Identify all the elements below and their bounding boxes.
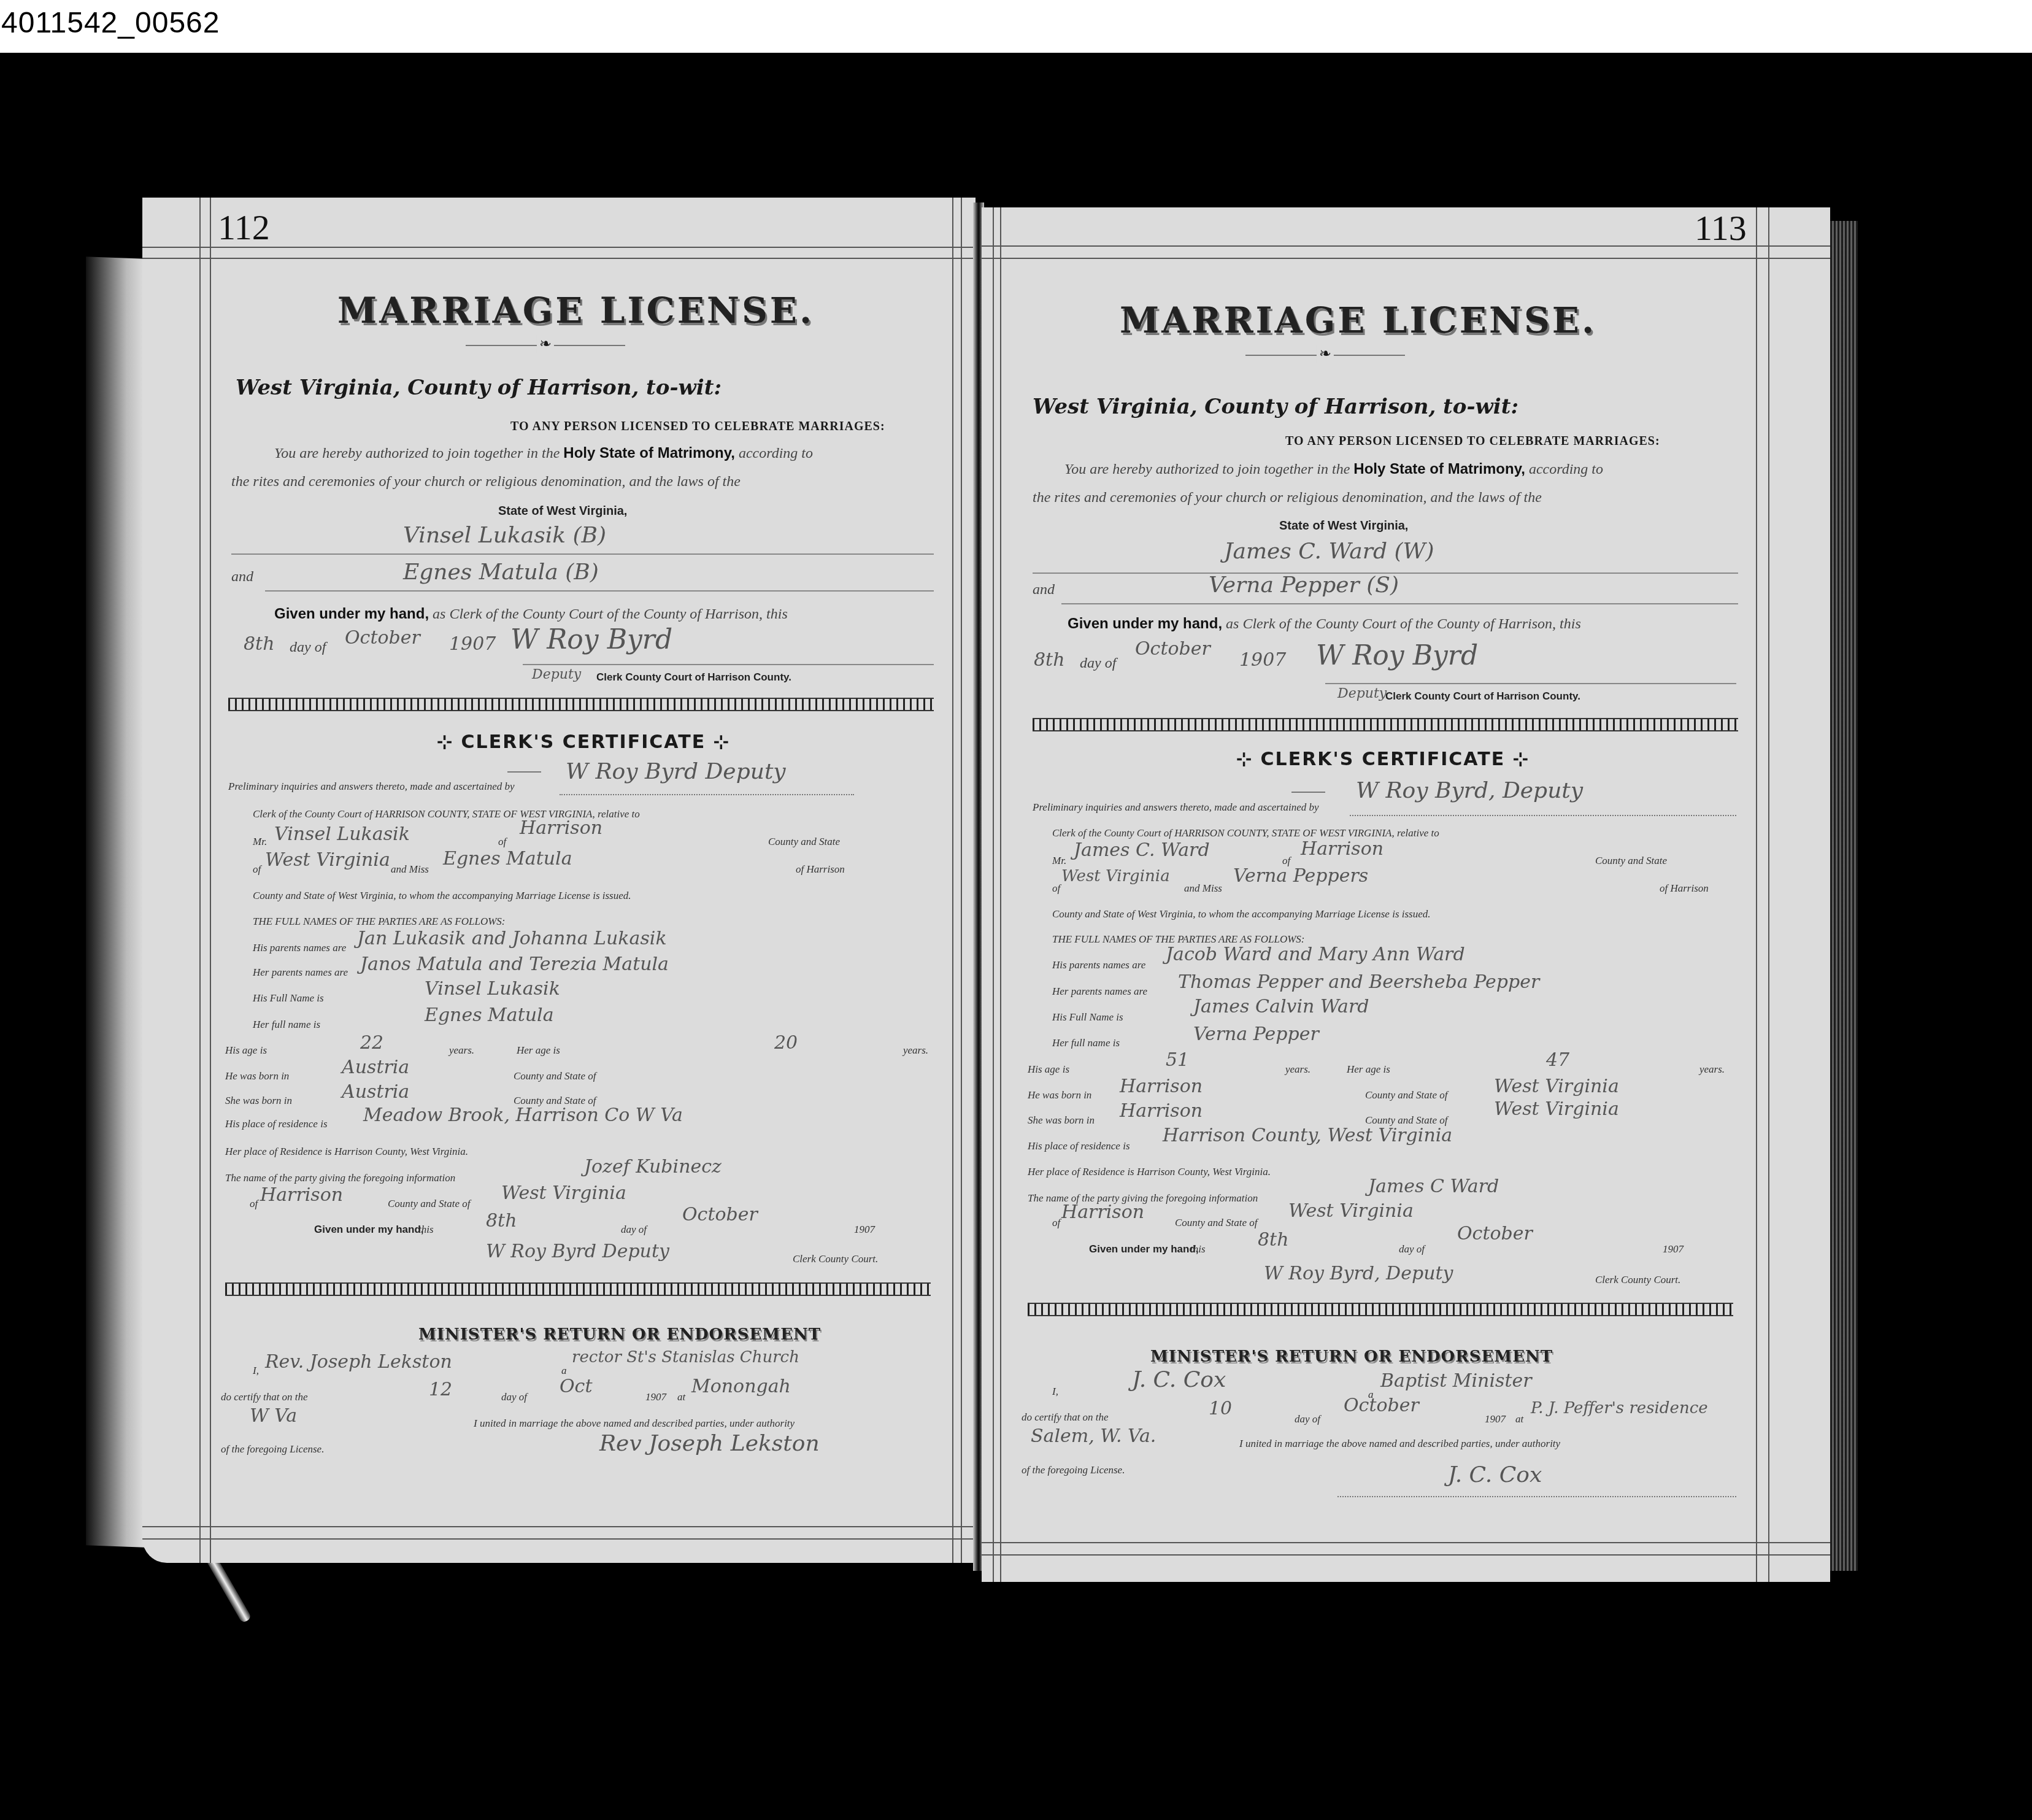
years-label: years.: [449, 1044, 474, 1057]
his-parents: Jan Lukasik and Johanna Lukasik: [357, 928, 667, 949]
her-parents-label: Her parents names are: [1052, 985, 1147, 998]
her-full-label: Her full name is: [253, 1019, 320, 1031]
header-rule: [982, 258, 1830, 259]
license-body-line2: the rites and ceremonies of your church …: [1033, 490, 1542, 506]
footer-rule: [142, 1526, 976, 1527]
page-number: 112: [218, 207, 270, 248]
certificate-title-text: CLERK'S CERTIFICATE: [1261, 749, 1506, 770]
his-residence-label: His place of residence is: [225, 1118, 328, 1130]
body-text: according to: [739, 445, 813, 461]
informant-county: Harrison: [1061, 1201, 1144, 1223]
his-full-label: His Full Name is: [1052, 1011, 1123, 1024]
and-label: and: [1033, 582, 1055, 598]
addressee: TO ANY PERSON LICENSED TO CELEBRATE MARR…: [510, 420, 885, 434]
cert-signature: W Roy Byrd Deputy: [486, 1241, 669, 1262]
jurisdiction-heading: West Virginia, County of Harrison, to-wi…: [1033, 395, 1518, 419]
fleur-divider: [228, 698, 934, 711]
certificate-title: ⊹ CLERK'S CERTIFICATE ⊹: [437, 731, 730, 753]
cert-year: 1907: [1663, 1243, 1684, 1255]
body-text: according to: [1529, 461, 1603, 477]
county-state-of-label: County and State of: [514, 1070, 596, 1082]
ornament-divider: ❧: [1245, 355, 1405, 356]
her-full-label: Her full name is: [1052, 1037, 1120, 1049]
years-label: years.: [903, 1044, 928, 1057]
minister-place: Monongah: [691, 1376, 791, 1397]
minister-month: Oct: [560, 1376, 592, 1397]
image-header: 4011542_00562: [0, 0, 2032, 53]
signature-line: [523, 664, 934, 665]
county-state-label: County and State: [1595, 855, 1667, 867]
body-bold-text: Holy State of Matrimony,: [1353, 461, 1525, 477]
years-label: years.: [1699, 1063, 1725, 1076]
her-age-label: Her age is: [1347, 1063, 1390, 1076]
mr-state: West Virginia: [265, 849, 390, 871]
fleur-divider: [1028, 1303, 1733, 1316]
given-bold: Given under my hand,: [1068, 615, 1222, 632]
clerk-signature: W Roy Byrd: [1316, 640, 1478, 671]
ornament-icon: ❧: [1317, 345, 1334, 363]
license-month: October: [345, 627, 420, 649]
he-born-label: He was born in: [225, 1070, 289, 1082]
body-bold-text: Holy State of Matrimony,: [563, 445, 735, 461]
book-page-edges-left: [86, 256, 144, 1547]
bride-name: Egnes Matula (B): [403, 560, 599, 585]
given-text: as Clerk of the County Court of the Coun…: [1226, 616, 1581, 632]
county-state-of-label: County and State of: [1365, 1089, 1448, 1101]
deputy-label: Deputy: [1337, 686, 1387, 701]
certificate-title: ⊹ CLERK'S CERTIFICATE ⊹: [1236, 749, 1530, 770]
his-full-name: James Calvin Ward: [1193, 996, 1369, 1017]
at-label: at: [1515, 1413, 1523, 1425]
cert-day: 8th: [486, 1210, 517, 1232]
bride-line: [265, 590, 934, 592]
mr-name: James C. Ward: [1074, 839, 1210, 861]
minister-signature: J. C. Cox: [1448, 1462, 1542, 1487]
dotted-line: [1337, 1496, 1736, 1497]
day-of-label: day of: [621, 1224, 647, 1236]
margin-rule: [1768, 207, 1769, 1582]
she-born-label: She was born in: [1028, 1114, 1095, 1127]
at-label: at: [677, 1391, 685, 1403]
footer-rule: [982, 1542, 1830, 1543]
page-number: 113: [1695, 207, 1747, 249]
clerk-title: Clerk County Court.: [793, 1253, 878, 1265]
her-parents: Janos Matula and Terezia Matula: [360, 954, 669, 975]
years-label: years.: [1285, 1063, 1310, 1076]
and-miss-label: and Miss: [391, 863, 429, 876]
book-page-edges-right: [1830, 221, 1858, 1571]
minister-day: 12: [429, 1379, 452, 1400]
minister-day: 10: [1209, 1398, 1232, 1419]
mr-name: Vinsel Lukasik: [274, 823, 410, 845]
clerk-title: Clerk County Court of Harrison County.: [596, 671, 791, 684]
foregoing-label: of the foregoing License.: [1022, 1464, 1125, 1476]
license-body-line1: You are hereby authorized to join togeth…: [1064, 461, 1603, 478]
minister-role: rector St's Stanislas Church: [572, 1348, 799, 1367]
signature-line: [1325, 683, 1736, 684]
license-title: MARRIAGE LICENSE.: [1120, 299, 1596, 341]
body-text: You are hereby authorized to join togeth…: [1064, 461, 1350, 477]
day-of-label: day of: [1399, 1243, 1425, 1255]
deputy-label: Deputy: [532, 667, 581, 682]
footer-rule: [982, 1554, 1830, 1556]
left-page: 112 MARRIAGE LICENSE. ❧ West Virginia, C…: [142, 198, 976, 1563]
his-parents: Jacob Ward and Mary Ann Ward: [1166, 944, 1465, 965]
his-age-label: His age is: [225, 1044, 267, 1057]
county-state-line: County and State of West Virginia, to wh…: [1052, 908, 1431, 920]
clerk-signature: W Roy Byrd: [510, 624, 672, 655]
given-bold: Given under my hand,: [314, 1224, 424, 1236]
informant-county: Harrison: [260, 1184, 343, 1206]
her-parents: Thomas Pepper and Beersheba Pepper: [1178, 971, 1539, 993]
her-residence: Her place of Residence is Harrison Count…: [1028, 1166, 1271, 1178]
informant-of-label: of: [250, 1198, 258, 1210]
miss-name: Egnes Matula: [443, 848, 572, 870]
license-month: October: [1135, 638, 1210, 660]
license-body-line1: You are hereby authorized to join togeth…: [274, 445, 813, 462]
he-born-state: West Virginia: [1494, 1076, 1619, 1097]
he-born-label: He was born in: [1028, 1089, 1091, 1101]
and-label: and: [231, 569, 253, 585]
margin-rule: [952, 198, 953, 1563]
she-born: Harrison: [1120, 1100, 1203, 1122]
day-of-label: day of: [1295, 1413, 1320, 1425]
cert-signature: W Roy Byrd, Deputy: [1264, 1263, 1453, 1284]
his-residence: Meadow Brook, Harrison Co W Va: [363, 1105, 683, 1126]
given-this: this: [418, 1224, 434, 1236]
cert-month: October: [1457, 1223, 1533, 1244]
clerk-title: Clerk County Court of Harrison County.: [1385, 690, 1580, 703]
of-label: of: [498, 836, 506, 848]
prelim-by: W Roy Byrd, Deputy: [1356, 778, 1583, 803]
prelim-label: Preliminary inquiries and answers theret…: [228, 781, 515, 793]
mr-state: West Virginia: [1061, 867, 1170, 885]
his-full-name: Vinsel Lukasik: [425, 978, 560, 1000]
certify-label: do certify that on the: [1022, 1411, 1109, 1424]
groom-line: [231, 553, 934, 555]
united-text: I united in marriage the above named and…: [1239, 1438, 1560, 1450]
mr-county: Harrison: [1301, 838, 1384, 860]
given-text: as Clerk of the County Court of the Coun…: [433, 606, 788, 622]
dotted-line: [1350, 815, 1736, 816]
minister-name: J. C. Cox: [1132, 1367, 1226, 1392]
license-title: MARRIAGE LICENSE.: [337, 290, 814, 331]
right-page: 113 MARRIAGE LICENSE. ❧ West Virginia, C…: [982, 207, 1830, 1582]
license-body-line2: the rites and ceremonies of your church …: [231, 474, 741, 490]
his-age: 51: [1166, 1049, 1189, 1071]
state-line: State of West Virginia,: [498, 504, 627, 519]
cert-month: October: [682, 1204, 758, 1225]
license-year: 1907: [1239, 649, 1286, 671]
i-label: I,: [253, 1365, 259, 1377]
informant-state-label: County and State of: [1175, 1217, 1258, 1229]
informant-name: Jozef Kubinecz: [584, 1156, 722, 1178]
ornament-divider: ❧: [466, 345, 625, 346]
county-state-label: County and State: [768, 836, 840, 848]
license-day: 8th: [244, 633, 274, 655]
margin-rule: [961, 198, 962, 1563]
minister-title: MINISTER'S RETURN OR ENDORSEMENT: [1150, 1348, 1553, 1366]
a-label: a: [561, 1365, 567, 1377]
foregoing-label: of the foregoing License.: [221, 1443, 324, 1456]
of2-label: of: [1052, 882, 1060, 895]
cert-year: 1907: [854, 1224, 875, 1236]
minister-role: Baptist Minister: [1380, 1370, 1532, 1392]
minister-place: P. J. Peffer's residence: [1531, 1399, 1708, 1417]
his-age: 22: [360, 1032, 383, 1054]
body-text: You are hereby authorized to join togeth…: [274, 445, 560, 461]
informant-state: West Virginia: [1288, 1200, 1414, 1222]
minister-year: 1907: [1485, 1413, 1506, 1425]
his-full-label: His Full Name is: [253, 992, 324, 1004]
her-age-label: Her age is: [517, 1044, 560, 1057]
fleur-divider: [1033, 718, 1738, 731]
her-age: 20: [774, 1032, 798, 1054]
header-rule: [142, 258, 976, 259]
of-harrison-label: of Harrison: [796, 863, 845, 876]
minister-title: MINISTER'S RETURN OR ENDORSEMENT: [418, 1325, 821, 1344]
her-parents-label: Her parents names are: [253, 966, 348, 979]
addressee: TO ANY PERSON LICENSED TO CELEBRATE MARR…: [1285, 434, 1660, 449]
given-bold: Given under my hand,: [274, 606, 429, 622]
her-full-name: Egnes Matula: [425, 1004, 554, 1026]
mr-label: Mr.: [1052, 855, 1066, 867]
fleur-divider: [225, 1282, 931, 1296]
prelim-label: Preliminary inquiries and answers theret…: [1033, 801, 1319, 814]
prelim-by: W Roy Byrd Deputy: [566, 759, 786, 784]
footer-rule: [142, 1538, 976, 1540]
his-parents-label: His parents names are: [253, 942, 346, 954]
cert-day: 8th: [1258, 1229, 1288, 1251]
informant-of-label: of: [1052, 1217, 1060, 1229]
her-full-name: Verna Pepper: [1193, 1024, 1319, 1045]
minister-place2: Salem, W. Va.: [1031, 1425, 1156, 1447]
jurisdiction-heading: West Virginia, County of Harrison, to-wi…: [236, 376, 722, 400]
she-born-state: West Virginia: [1494, 1098, 1619, 1120]
minister-month: October: [1344, 1395, 1419, 1416]
given-bold: Given under my hand,: [1089, 1243, 1199, 1255]
license-day: 8th: [1034, 649, 1064, 671]
i-label: I,: [1052, 1386, 1058, 1398]
informant-state: West Virginia: [501, 1182, 626, 1204]
given-line: Given under my hand, as Clerk of the Cou…: [1068, 615, 1581, 633]
minister-signature: Rev Joseph Lekston: [599, 1431, 820, 1456]
informant-name: James C Ward: [1368, 1176, 1499, 1197]
margin-rule: [199, 198, 201, 1563]
county-state-line: County and State of West Virginia, to wh…: [253, 890, 631, 902]
dotted-line: [560, 794, 854, 795]
day-of-label: day of: [501, 1391, 527, 1403]
small-divider: [507, 771, 541, 773]
groom-name: Vinsel Lukasik (B): [403, 523, 606, 548]
he-born: Harrison: [1120, 1076, 1203, 1097]
miss-name: Verna Peppers: [1233, 865, 1368, 887]
she-born-label: She was born in: [225, 1095, 292, 1107]
minister-name: Rev. Joseph Lekston: [265, 1351, 452, 1373]
state-line: State of West Virginia,: [1279, 519, 1408, 533]
image-id-label: 4011542_00562: [1, 6, 220, 40]
margin-rule: [210, 198, 211, 1563]
mr-county: Harrison: [520, 817, 602, 839]
bride-name: Verna Pepper (S): [1209, 573, 1399, 598]
certificate-title-text: CLERK'S CERTIFICATE: [461, 731, 706, 753]
day-of-label: day of: [1080, 655, 1116, 672]
margin-rule: [1000, 207, 1001, 1582]
license-year: 1907: [449, 633, 496, 655]
clerk-line: Clerk of the County Court of HARRISON CO…: [1052, 827, 1439, 839]
and-miss-label: and Miss: [1184, 882, 1222, 895]
small-divider: [1291, 792, 1325, 793]
minister-place2: W Va: [250, 1405, 297, 1427]
mr-label: Mr.: [253, 836, 267, 848]
of2-label: of: [253, 863, 261, 876]
groom-name: James C. Ward (W): [1224, 539, 1434, 564]
ornament-icon: ❧: [537, 335, 554, 353]
clerk-title: Clerk County Court.: [1595, 1274, 1680, 1286]
bride-line: [1061, 603, 1738, 604]
his-parents-label: His parents names are: [1052, 959, 1145, 971]
day-of-label: day of: [290, 639, 326, 656]
given-this: this: [1190, 1243, 1206, 1255]
her-residence: Her place of Residence is Harrison Count…: [225, 1146, 468, 1158]
margin-rule: [993, 207, 994, 1582]
given-line: Given under my hand, as Clerk of the Cou…: [274, 606, 788, 623]
united-text: I united in marriage the above named and…: [474, 1417, 795, 1430]
certify-label: do certify that on the: [221, 1391, 308, 1403]
she-born: Austria: [342, 1081, 409, 1103]
of-harrison-label: of Harrison: [1660, 882, 1709, 895]
minister-year: 1907: [645, 1391, 666, 1403]
full-names-label: THE FULL NAMES OF THE PARTIES ARE AS FOL…: [253, 916, 505, 928]
his-residence: Harrison County, West Virginia: [1163, 1125, 1452, 1146]
her-age: 47: [1546, 1049, 1569, 1071]
he-born: Austria: [342, 1057, 409, 1078]
his-age-label: His age is: [1028, 1063, 1069, 1076]
informant-label: The name of the party giving the foregoi…: [225, 1172, 455, 1184]
margin-rule: [1756, 207, 1757, 1582]
informant-state-label: County and State of: [388, 1198, 471, 1210]
his-residence-label: His place of residence is: [1028, 1140, 1130, 1152]
